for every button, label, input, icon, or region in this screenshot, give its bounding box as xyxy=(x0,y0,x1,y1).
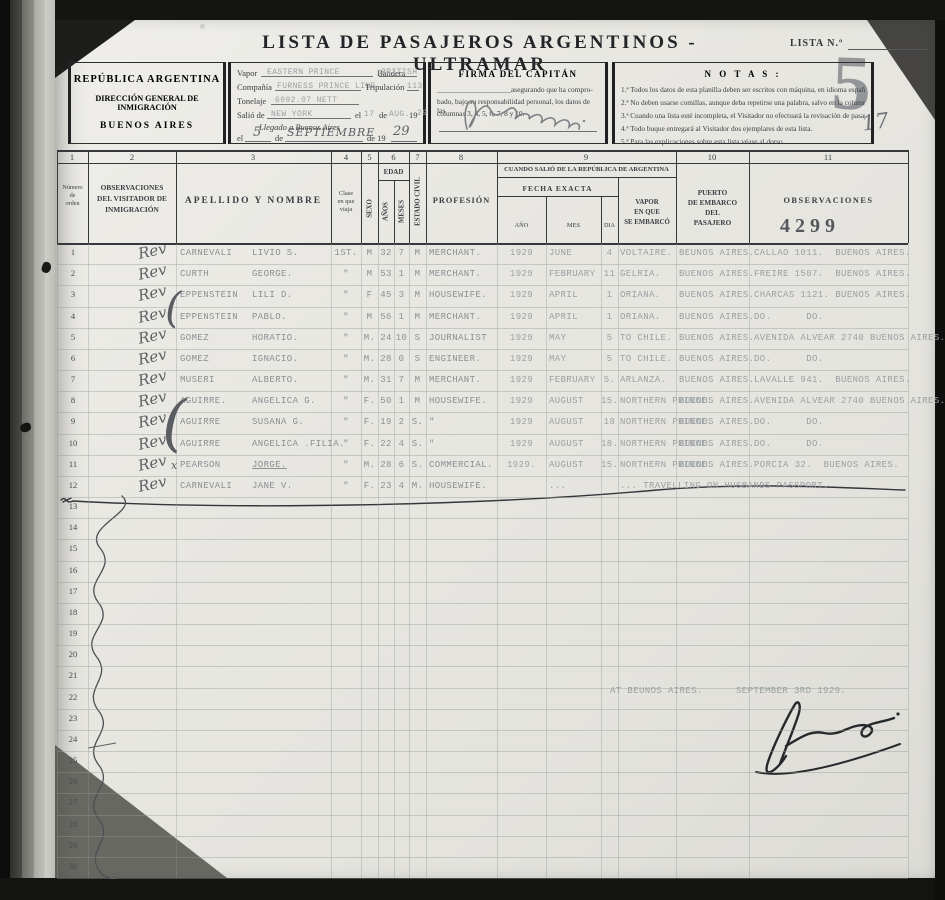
cell-prof: ENGINEER. xyxy=(429,354,497,364)
cell-puerto: BUENOS AIRES. xyxy=(679,354,749,364)
row-number: 17 xyxy=(62,586,84,596)
dust-speck xyxy=(200,24,205,29)
column-number: 1 xyxy=(62,152,82,162)
column-header: Clase en que viaja xyxy=(331,190,361,214)
cell-vapor: VOLTAIRE. xyxy=(620,248,676,258)
column-number: 3 xyxy=(243,152,263,162)
cell-vapor: ORIANA. xyxy=(620,290,676,300)
table-line xyxy=(57,815,908,816)
table-line xyxy=(57,793,908,794)
column-number: 9 xyxy=(576,152,596,162)
table-line xyxy=(57,836,908,837)
cell-sexo: M. xyxy=(361,333,378,343)
column-number: 7 xyxy=(408,152,428,162)
row-number: 23 xyxy=(62,713,84,723)
row-number: 13 xyxy=(62,501,84,511)
notas-box: N O T A S : 1.ª Todos los datos de esta … xyxy=(612,62,874,144)
table-line xyxy=(57,539,908,540)
cell-puerto: BEUNOS AIRES. xyxy=(679,248,749,258)
cell-mes: MAY xyxy=(549,354,599,364)
cell-estado: M xyxy=(409,290,426,300)
agency-box: REPÚBLICA ARGENTINA DIRECCIÓN GENERAL DE… xyxy=(68,62,226,144)
tripulacion-value: 113 xyxy=(407,82,423,91)
cell-puerto: BUENOS AIRES. xyxy=(679,460,749,470)
table-line xyxy=(57,163,908,164)
cell-clase: 1ST. xyxy=(333,248,359,258)
cell-given: GEORGE. xyxy=(252,269,332,279)
cell-sexo: M xyxy=(361,269,378,279)
cell-given: ALBERTO. xyxy=(252,375,332,385)
cell-dia: 1 xyxy=(601,290,618,300)
cell-puerto: BUENOS AIRES. xyxy=(679,269,749,279)
bottom-black-band xyxy=(0,878,945,900)
column-number: 2 xyxy=(122,152,142,162)
salio-day: 17 xyxy=(364,110,374,119)
cell-surname: AGUIRRE. xyxy=(180,396,250,406)
table-line xyxy=(57,603,908,604)
cell-meses: 7 xyxy=(394,248,409,258)
cell-given: HORATIO. xyxy=(252,333,332,343)
table-line xyxy=(601,196,602,243)
cell-meses: 1 xyxy=(394,312,409,322)
table-line xyxy=(57,518,908,519)
cell-meses: 2 xyxy=(394,417,409,427)
cell-clase: " xyxy=(333,396,359,406)
cell-anos: 31 xyxy=(378,375,394,385)
cell-ano: 1929 xyxy=(499,417,544,427)
cell-mes: MAY xyxy=(549,333,599,343)
nota-item: 4.ª Todo buque entregará al Visitador do… xyxy=(621,122,865,135)
cell-mes: JUNE xyxy=(549,248,599,258)
cell-surname: CURTH xyxy=(180,269,250,279)
column-header: PUERTO DE EMBARCO DEL PASAJERO xyxy=(676,188,749,228)
cell-estado: M xyxy=(409,396,426,406)
table-line xyxy=(57,688,908,689)
nota-item: 3.ª Cuando una lista esté incompleta, el… xyxy=(621,109,865,122)
nota-item: 1.ª Todos los datos de esta planilla deb… xyxy=(621,83,865,96)
cell-vapor: ... TRAVELLING ON HUSBANDS PASSPORT. xyxy=(620,481,676,491)
table-line xyxy=(57,582,908,583)
cell-mes: AUGUST xyxy=(549,439,599,449)
cell-vapor: TO CHILE. xyxy=(620,354,676,364)
cell-clase: " xyxy=(333,439,359,449)
column-number: 8 xyxy=(451,152,471,162)
cell-ano: 1929 xyxy=(499,375,544,385)
llegado-de19: de 19 xyxy=(367,133,386,143)
cell-mes: AUGUST xyxy=(549,460,599,470)
cell-prof: MERCHANT. xyxy=(429,312,497,322)
cell-given: LIVIO S. xyxy=(252,248,332,258)
salio-label: Salió de xyxy=(237,110,265,120)
cell-surname: GOMEZ xyxy=(180,333,250,343)
cell-vapor: NORTHERN PRINCE. xyxy=(620,460,676,470)
cell-prof: HOUSEWIFE. xyxy=(429,396,497,406)
cell-dia: 5. xyxy=(601,375,618,385)
cell-sexo: M xyxy=(361,248,378,258)
row-number: 26 xyxy=(62,776,84,786)
cell-given: IGNACIO. xyxy=(252,354,332,364)
column-header: PROFESIÓN xyxy=(426,196,497,205)
row-number: 25 xyxy=(62,755,84,765)
row-number: 19 xyxy=(62,628,84,638)
tripulacion-label: Tripulación xyxy=(365,82,404,92)
captain-signature xyxy=(453,85,593,137)
cell-prof: MERCHANT. xyxy=(429,269,497,279)
cell-meses: 1 xyxy=(394,269,409,279)
llegado-de: de xyxy=(275,133,283,143)
bandera-value: BRITISH xyxy=(381,68,417,77)
llegado-year: 29 xyxy=(393,124,410,139)
cell-given: SUSANA G. xyxy=(252,417,332,427)
cell-ano: 1929 xyxy=(499,312,544,322)
cell-given: LILI D. xyxy=(252,290,332,300)
salio-month: AUG. xyxy=(389,110,410,119)
cell-dia: 4 xyxy=(601,248,618,258)
column-header: FECHA EXACTA xyxy=(497,184,618,193)
cell-obs: DO. DO. xyxy=(754,354,908,364)
cell-meses: 10 xyxy=(394,333,409,343)
cell-puerto: BUENOS AIRES. xyxy=(679,333,749,343)
cell-estado: S xyxy=(409,333,426,343)
cell-obs: CALLAO 1011. BUENOS AIRES. xyxy=(754,248,908,258)
cell-surname: AGUIRRE xyxy=(180,417,250,427)
row-number: 16 xyxy=(62,565,84,575)
cell-vapor: ORIANA. xyxy=(620,312,676,322)
cell-mes: AUGUST xyxy=(549,417,599,427)
table-line xyxy=(497,177,676,178)
handwritten-brace: ( xyxy=(162,391,186,455)
cell-anos: 28 xyxy=(378,354,394,364)
cell-prof: " xyxy=(429,417,497,427)
vapor-value: EASTERN PRINCE xyxy=(267,68,340,77)
cell-prof: MERCHANT. xyxy=(429,375,497,385)
table-line xyxy=(908,150,909,243)
compania-value: FURNESS PRINCE LINE xyxy=(277,82,376,91)
handwritten-brace: ( xyxy=(165,287,181,329)
column-header: DIA xyxy=(601,222,618,229)
notas-title: N O T A S : xyxy=(615,69,871,79)
el-label: el xyxy=(355,110,361,120)
cell-mes: ... xyxy=(549,481,599,491)
row-number: 24 xyxy=(62,734,84,744)
table-line xyxy=(57,751,908,752)
cell-ano: 1929 xyxy=(499,290,544,300)
cell-estado: M xyxy=(409,248,426,258)
cell-anos: 53 xyxy=(378,269,394,279)
cell-dia: 15. xyxy=(601,396,618,406)
cell-estado: S xyxy=(409,354,426,364)
cell-anos: 23 xyxy=(378,481,394,491)
cell-surname: CARNEVALI xyxy=(180,481,250,491)
cell-ano: 1929 xyxy=(499,354,544,364)
column-header: VAPOR EN QUE SE EMBARCÓ xyxy=(618,198,676,228)
cell-sexo: M. xyxy=(361,354,378,364)
column-header: AÑO xyxy=(497,222,546,229)
table-line xyxy=(57,624,908,625)
salio-value: NEW YORK xyxy=(271,110,313,119)
column-header: AÑOS xyxy=(383,182,390,242)
cell-given: JORGE. xyxy=(252,460,332,470)
column-header: MES xyxy=(546,222,601,229)
de-label: de xyxy=(379,110,387,120)
agency-line3: BUENOS AIRES xyxy=(71,121,223,131)
cell-obs: AVENIDA ALVEAR 2740 BUENOS AIRES. xyxy=(754,333,908,343)
cell-ano: 1929 xyxy=(499,269,544,279)
llegado-month: SEPTIEMBRE xyxy=(287,126,375,139)
cell-prof: JOURNALIST xyxy=(429,333,497,343)
cell-estado: S. xyxy=(409,439,426,449)
cell-ano: 1929. xyxy=(499,460,544,470)
table-line xyxy=(57,878,908,879)
cell-surname: EPPENSTEIN xyxy=(180,312,250,322)
cell-puerto: BUENOS AIRES. xyxy=(679,439,749,449)
table-line xyxy=(57,150,908,152)
cell-anos: 32 xyxy=(378,248,394,258)
cell-estado: M xyxy=(409,375,426,385)
right-black-band xyxy=(935,0,945,900)
cell-obs: PORCIA 32. BUENOS AIRES. xyxy=(754,460,908,470)
cell-sexo: F. xyxy=(361,417,378,427)
cell-vapor: NORTHERN PRINCE. xyxy=(620,396,676,406)
column-header: OBSERVACIONES DEL VISITADOR DE INMIGRACI… xyxy=(88,182,176,215)
cell-vapor: NORTHERN PRINCE. xyxy=(620,439,676,449)
cell-meses: 4 xyxy=(394,439,409,449)
cell-puerto: BUENOS AIRES. xyxy=(679,375,749,385)
cell-surname: CARNEVALI xyxy=(180,248,250,258)
vapor-label: Vapor xyxy=(237,68,257,78)
column-header: CUANDO SALIÓ DE LA REPÚBLICA DE ARGENTIN… xyxy=(497,166,676,173)
agency-line2: DIRECCIÓN GENERAL DE INMIGRACIÓN xyxy=(71,94,223,112)
cell-mes: FEBRUARY xyxy=(549,375,599,385)
cell-dia: 18 xyxy=(601,417,618,427)
column-header: EDAD xyxy=(378,168,409,176)
table-line xyxy=(57,497,908,498)
llegado-el: el xyxy=(237,133,243,143)
cell-dia: 18. xyxy=(601,439,618,449)
nota-item: 2.ª No deben usarse comillas, aunque deb… xyxy=(621,96,865,109)
compania-label: Compañía xyxy=(237,82,272,92)
inspector-signature xyxy=(752,698,902,784)
cell-vapor: NORTHERN PRINCE. xyxy=(620,417,676,427)
row-number: 29 xyxy=(62,840,84,850)
table-line xyxy=(57,709,908,710)
cell-anos: 22 xyxy=(378,439,394,449)
cell-ano: 1929 xyxy=(499,396,544,406)
column-header: APELLIDO Y NOMBRE xyxy=(176,196,331,206)
cell-ano: 1929 xyxy=(499,333,544,343)
cell-estado: M. xyxy=(409,481,426,491)
cell-meses: 6 xyxy=(394,460,409,470)
cell-prof: HOUSEWIFE. xyxy=(429,290,497,300)
column-header: OBSERVACIONES xyxy=(749,196,908,205)
cell-sexo: F. xyxy=(361,439,378,449)
table-line xyxy=(361,150,362,243)
table-line xyxy=(57,645,908,646)
cell-estado: M xyxy=(409,269,426,279)
cell-estado: S. xyxy=(409,460,426,470)
table-line xyxy=(57,857,908,858)
cell-dia: 1 xyxy=(601,312,618,322)
cell-ano: 1929 xyxy=(499,439,544,449)
cell-mes: FEBRUARY xyxy=(549,269,599,279)
column-header: ESTADO CIVIL xyxy=(414,172,421,232)
table-line xyxy=(57,666,908,667)
column-number: 4 xyxy=(336,152,356,162)
cell-sexo: F xyxy=(361,290,378,300)
cell-surname: AGUIRRE xyxy=(180,439,250,449)
cell-given: JANE V. xyxy=(252,481,332,491)
cell-clase: " xyxy=(333,269,359,279)
column-header: MESES xyxy=(398,182,405,242)
table-line xyxy=(378,150,379,243)
cell-clase: " xyxy=(333,312,359,322)
cell-puerto: BUENOS AIRES. xyxy=(679,312,749,322)
cell-obs: FREIRE 1507. BUENOS AIRES. xyxy=(754,269,908,279)
cell-obs: LAVALLE 941. BUENOS AIRES. xyxy=(754,375,908,385)
cell-puerto: BUENOS AIRES. xyxy=(679,290,749,300)
cell-anos: 56 xyxy=(378,312,394,322)
row-number: 21 xyxy=(62,670,84,680)
captain-title: FIRMA DEL CAPITÁN xyxy=(431,69,605,79)
cell-given: ANGELICA .FILIA. xyxy=(252,439,332,449)
table-line xyxy=(546,196,547,243)
cell-prof: HOUSEWIFE. xyxy=(429,481,497,491)
cell-vapor: GELRIA. xyxy=(620,269,676,279)
cell-clase: " xyxy=(333,290,359,300)
cell-mes: APRIL xyxy=(549,290,599,300)
cell-clase: " xyxy=(333,354,359,364)
row-number: 22 xyxy=(62,692,84,702)
cell-prof: " xyxy=(429,439,497,449)
top-black-band xyxy=(55,0,945,20)
row-number: 20 xyxy=(62,649,84,659)
cell-surname: EPPENSTEIN xyxy=(180,290,250,300)
cell-anos: 19 xyxy=(378,417,394,427)
cell-meses: 7 xyxy=(394,375,409,385)
cell-dia: 15. xyxy=(601,460,618,470)
cell-sexo: M xyxy=(361,312,378,322)
table-line xyxy=(57,561,908,562)
cell-mes: AUGUST xyxy=(549,396,599,406)
cell-obs: DO. DO. xyxy=(754,417,908,427)
cell-mes: APRIL xyxy=(549,312,599,322)
nota-item: 5.ª Para las explicaciones sobre esta li… xyxy=(621,135,865,148)
tonelaje-label: Tonelaje xyxy=(237,96,266,106)
cell-obs: DO. DO. xyxy=(754,312,908,322)
cell-ano: 1929 xyxy=(499,248,544,258)
cell-anos: 50 xyxy=(378,396,394,406)
cell-given: PABLO. xyxy=(252,312,332,322)
cell-clase: " xyxy=(333,333,359,343)
cell-anos: 45 xyxy=(378,290,394,300)
column-header: SEXO xyxy=(366,179,373,239)
cell-sexo: F. xyxy=(361,396,378,406)
cell-estado: S. xyxy=(409,417,426,427)
cell-surname: MUSERI xyxy=(180,375,250,385)
cell-meses: 0 xyxy=(394,354,409,364)
handwritten-x-mark: x xyxy=(171,459,177,472)
cell-given: ANGELICA G. xyxy=(252,396,332,406)
cell-dia: 5 xyxy=(601,354,618,364)
salio-year: 29 xyxy=(417,109,427,118)
captain-box: FIRMA DEL CAPITÁN ____________________as… xyxy=(428,62,608,144)
cell-prof: MERCHANT. xyxy=(429,248,497,258)
cell-dia: 11 xyxy=(601,269,618,279)
table-line xyxy=(57,730,908,731)
cell-surname: GOMEZ xyxy=(180,354,250,364)
row-number: 28 xyxy=(62,819,84,829)
agency-line1: REPÚBLICA ARGENTINA xyxy=(71,74,223,85)
row-number: 14 xyxy=(62,522,84,532)
cell-estado: M xyxy=(409,312,426,322)
row-number: 27 xyxy=(62,797,84,807)
cell-obs: AVENIDA ALVEAR 2740 BUENOS AIRES. xyxy=(754,396,908,406)
corner-cut-top-right xyxy=(867,20,935,120)
cell-obs: DO. DO. xyxy=(754,439,908,449)
cell-clase: " xyxy=(333,460,359,470)
sheet-number-stamp: 4299 xyxy=(780,215,840,238)
column-number: 11 xyxy=(818,152,838,162)
table-line xyxy=(57,772,908,773)
table-line xyxy=(497,196,618,197)
cell-meses: 4 xyxy=(394,481,409,491)
cell-sexo: F. xyxy=(361,481,378,491)
cell-meses: 1 xyxy=(394,396,409,406)
cell-anos: 28 xyxy=(378,460,394,470)
cell-clase: " xyxy=(333,417,359,427)
column-number: 10 xyxy=(702,152,722,162)
tonelaje-value: 6092.07 NETT xyxy=(275,96,337,105)
cell-clase: " xyxy=(333,375,359,385)
cell-vapor: TO CHILE. xyxy=(620,333,676,343)
cell-puerto: BUENOS AIRES. xyxy=(679,417,749,427)
ship-box: Vapor EASTERN PRINCE Bandera BRITISH Com… xyxy=(228,62,426,144)
cell-surname: PEARSON xyxy=(180,460,250,470)
column-header: Número de orden xyxy=(57,184,88,208)
scanned-passenger-list-page: { "page": { "title": "LISTA DE PASAJEROS… xyxy=(0,0,945,900)
column-number: 6 xyxy=(384,152,404,162)
cell-clase: " xyxy=(333,481,359,491)
cell-prof: COMMERCIAL. xyxy=(429,460,497,470)
cell-sexo: M. xyxy=(361,375,378,385)
row-number: 15 xyxy=(62,543,84,553)
cell-meses: 3 xyxy=(394,290,409,300)
table-line xyxy=(394,180,395,243)
cell-puerto: BUENOS AIRES. xyxy=(679,396,749,406)
cell-vapor: ARLANZA. xyxy=(620,375,676,385)
table-line xyxy=(409,150,410,243)
cell-obs: CHARCAS 1121. BUENOS AIRES. xyxy=(754,290,908,300)
column-number: 5 xyxy=(360,152,380,162)
cell-anos: 24 xyxy=(378,333,394,343)
row-number: 30 xyxy=(62,861,84,871)
cell-dia: 5 xyxy=(601,333,618,343)
llegado-day: 5 xyxy=(253,125,261,140)
row-number: 18 xyxy=(62,607,84,617)
cell-sexo: M. xyxy=(361,460,378,470)
